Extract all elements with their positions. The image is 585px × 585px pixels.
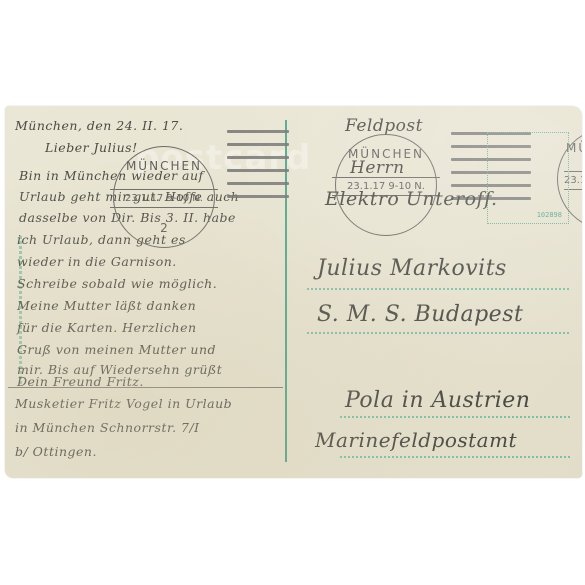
address-line: Pola in Austrien	[345, 388, 530, 413]
service-note: Feldpost	[345, 116, 423, 136]
stamp-box-number: 102898	[537, 211, 562, 219]
postmark: MÜNCHEN 23.1.17 9-10 N. 2	[113, 146, 215, 248]
message-line: wieder in die Garnison.	[17, 254, 177, 269]
address-dotted-line	[307, 332, 569, 334]
message-line: Meine Mutter läßt danken	[17, 298, 196, 313]
dateline: München, den 24. II. 17.	[15, 118, 183, 133]
address-line: Julius Markovits	[317, 256, 507, 281]
address-line: Marinefeldpostamt	[315, 428, 517, 452]
sender-line: Musketier Fritz Vogel in Urlaub	[15, 396, 232, 411]
postcard: postcard München, den 24. II. 17. Lieber…	[5, 106, 582, 478]
address-line: Elektro Unteroff.	[325, 188, 497, 210]
postmark: MÜNCHEN 23.1.17 9-10 N.	[335, 134, 437, 236]
address-dotted-line	[340, 456, 570, 458]
message-divider	[8, 387, 283, 388]
salutation: Herrn	[350, 158, 405, 178]
message-line: Schreibe sobald wie möglich.	[17, 276, 217, 291]
cancellation-bars	[227, 130, 289, 208]
address-dotted-line	[307, 288, 569, 290]
message-line: Gruß von meinen Mutter und	[17, 342, 216, 357]
message-line: für die Karten. Herzlichen	[17, 320, 197, 335]
greeting: Lieber Julius!	[45, 140, 138, 155]
stamp-box: 102898	[487, 132, 569, 224]
sender-line: b/ Ottingen.	[15, 444, 97, 459]
address-dotted-line	[340, 416, 570, 418]
address-line: S. M. S. Budapest	[317, 302, 523, 327]
sender-line: in München Schnorrstr. 7/I	[15, 420, 200, 435]
